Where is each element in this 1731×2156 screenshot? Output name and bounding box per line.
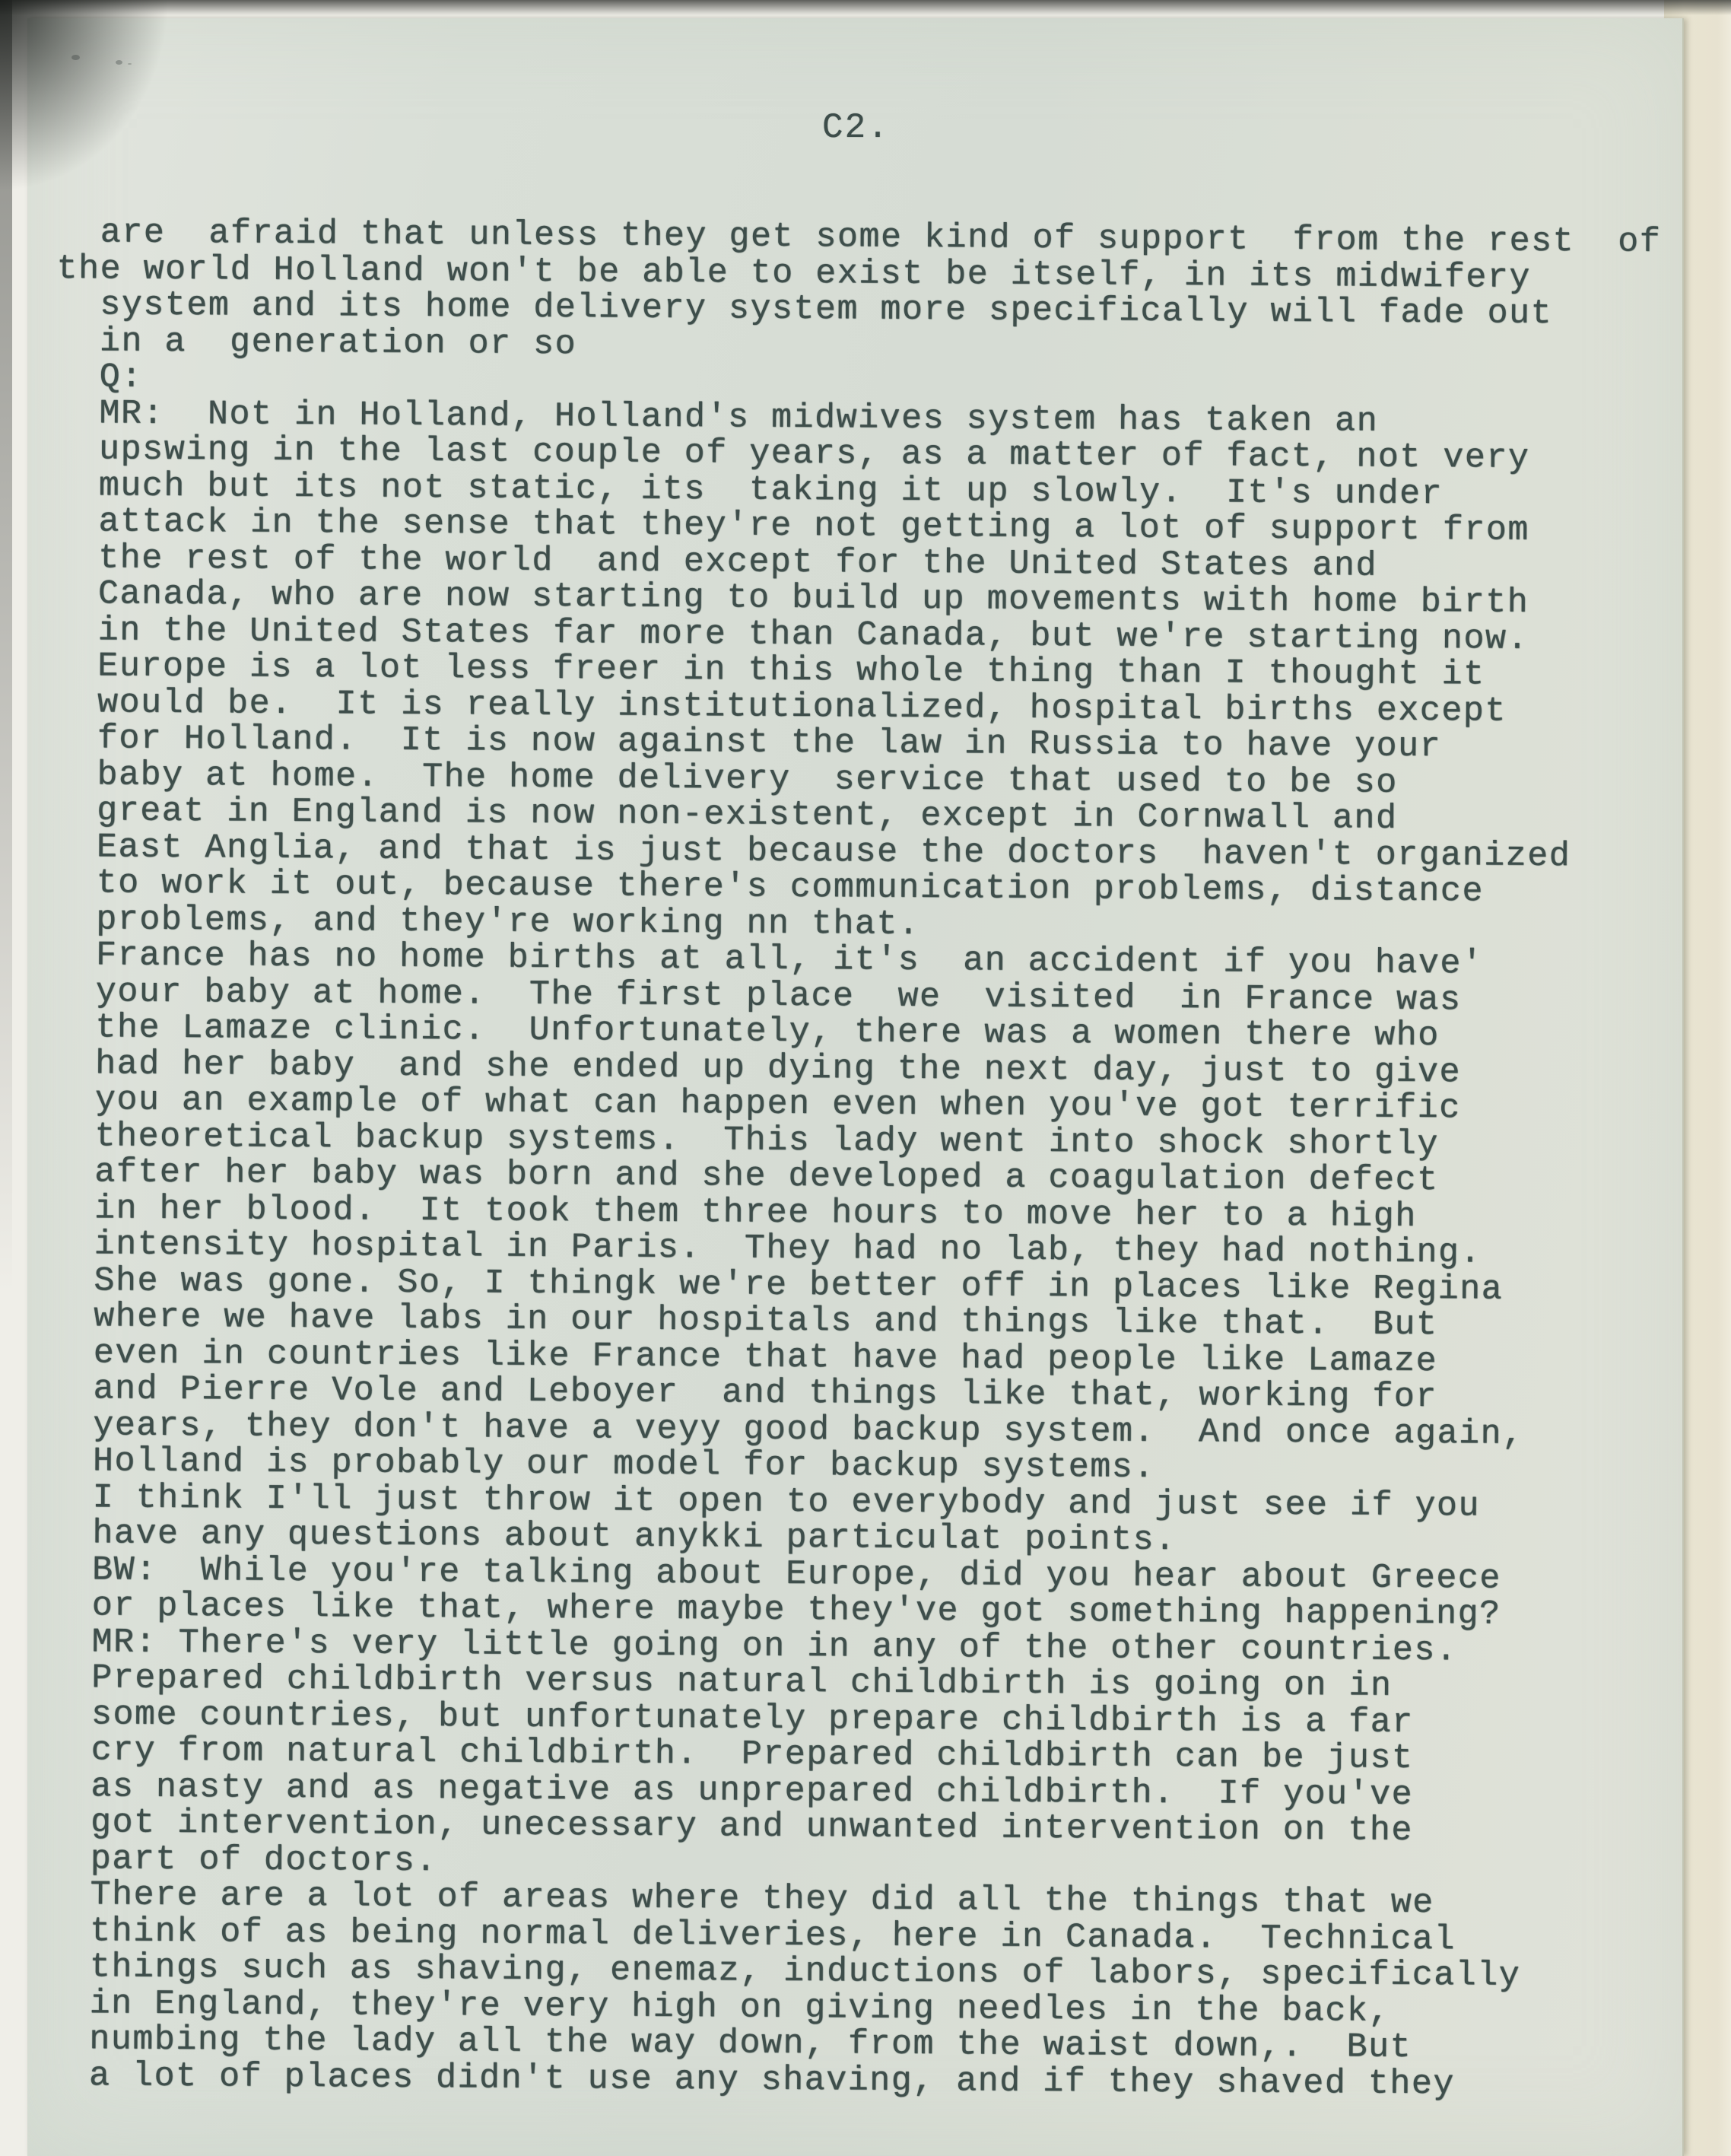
scanned-page: C2. are afraid that unless they get some… — [0, 0, 1731, 2156]
staple-mark — [71, 55, 80, 60]
paper-sheet: C2. are afraid that unless they get some… — [27, 18, 1684, 2156]
staple-mark — [116, 60, 122, 65]
text-line: a lot of places didn't use any shaving, … — [46, 2057, 1688, 2104]
typewritten-text: are afraid that unless they get some kin… — [46, 215, 1700, 2104]
page-number: C2. — [822, 108, 890, 148]
scan-shadow-left — [0, 0, 12, 1293]
scan-shadow-top — [0, 0, 1731, 15]
